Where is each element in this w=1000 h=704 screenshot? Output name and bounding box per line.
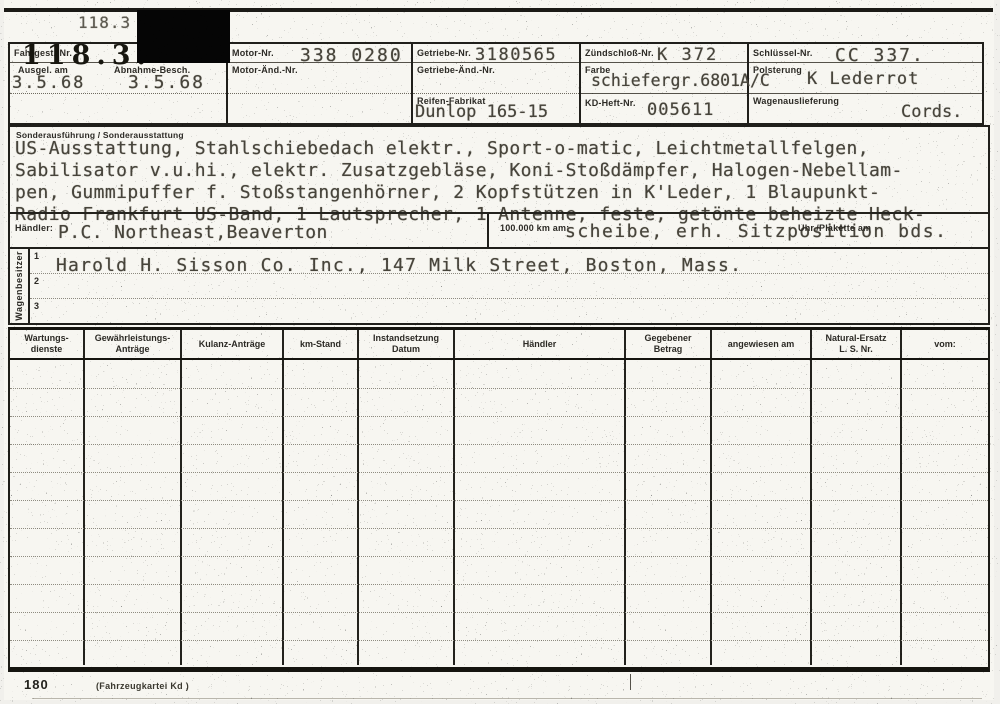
- owner-row-3-number: 3: [34, 301, 39, 311]
- table-column: [10, 360, 83, 665]
- fieldbox-motor: Motor-Nr. 338 0280 Motor-Änd.-Nr.: [226, 42, 413, 125]
- owner-row-1-value: Harold H. Sisson Co. Inc., 147 Milk Stre…: [56, 255, 742, 276]
- wagenbesitzer-box: Wagenbesitzer 1 Harold H. Sisson Co. Inc…: [8, 247, 990, 325]
- field-kd-heft-label: KD-Heft-Nr.: [585, 98, 636, 108]
- table-rule-line: [10, 416, 988, 417]
- field-schluessel: Schlüssel-Nr. CC 337.: [749, 44, 982, 63]
- field-polsterung: Polsterung K Lederrot: [749, 63, 982, 94]
- km-100000-label: 100.000 km am:: [500, 223, 569, 233]
- col-header-gegebener-betrag: Gegebener Betrag: [624, 330, 710, 358]
- col-header-natural-ersatz: Natural-Ersatz L. S. Nr.: [810, 330, 900, 358]
- table-column: [180, 360, 282, 665]
- table-rule-line: [10, 584, 988, 585]
- footer-tick-mark: [630, 674, 631, 690]
- field-ausgel-value: 3.5.68: [12, 73, 85, 93]
- table-column: [83, 360, 180, 665]
- owner-row-3: 3: [30, 299, 988, 323]
- sonder-line-2: Sabilisator v.u.hi., elektr. Zusatzgeblä…: [15, 160, 903, 181]
- owner-row-2: 2: [30, 274, 988, 299]
- field-empty-2: [228, 94, 411, 122]
- field-auslieferung-value: Cords.: [901, 102, 962, 122]
- field-getriebe-aend: Getriebe-Änd.-Nr.: [413, 63, 579, 94]
- redaction-box: [137, 10, 230, 63]
- table-rule-line: [10, 388, 988, 389]
- table-rule-line: [10, 612, 988, 613]
- col-header-gewaehrleistungs-antraege: Gewährleistungs- Anträge: [83, 330, 180, 358]
- col-header-vom: vom:: [900, 330, 988, 358]
- field-schluessel-label: Schlüssel-Nr.: [753, 48, 813, 58]
- wagenbesitzer-rows: 1 Harold H. Sisson Co. Inc., 147 Milk St…: [30, 249, 988, 323]
- field-auslieferung: Wagenauslieferung Cords.: [749, 94, 982, 122]
- field-zuendschloss: Zündschloß-Nr. K 372: [581, 44, 747, 63]
- owner-row-1-number: 1: [34, 251, 39, 261]
- table-rule-line: [10, 640, 988, 641]
- field-reifen-value: Dunlop 165-15: [415, 102, 548, 122]
- service-table-header: Wartungs- dienste Gewährleistungs- Anträ…: [10, 330, 988, 360]
- field-motor-label: Motor-Nr.: [232, 48, 274, 58]
- table-rule-line: [10, 528, 988, 529]
- table-rule-line: [10, 556, 988, 557]
- table-column: [282, 360, 357, 665]
- table-rule-line: [10, 500, 988, 501]
- fahrgest-number-stamp: 118.3.: [22, 40, 152, 71]
- field-zuendschloss-value: K 372: [657, 45, 718, 65]
- haendler-strip-divider: [487, 214, 489, 249]
- field-zuendschloss-label: Zündschloß-Nr.: [585, 48, 654, 58]
- footer-page-number: 180: [24, 677, 49, 692]
- typed-card-number: 118.3: [78, 13, 131, 32]
- table-column: [453, 360, 624, 665]
- service-table: Wartungs- dienste Gewährleistungs- Anträ…: [8, 327, 990, 672]
- owner-row-2-number: 2: [34, 276, 39, 286]
- wagenbesitzer-vertical-label: Wagenbesitzer: [14, 251, 24, 321]
- field-polsterung-value: K Lederrot: [807, 69, 919, 89]
- sonder-line-1: US-Ausstattung, Stahlschiebedach elektr.…: [15, 138, 869, 159]
- haendler-label: Händler:: [15, 223, 53, 233]
- fieldbox-zuendschloss: Zündschloß-Nr. K 372 Farbe schiefergr.68…: [579, 42, 749, 125]
- footer-bottom-rule: [32, 698, 982, 699]
- col-header-wartungsdienste: Wartungs- dienste: [10, 330, 83, 358]
- wagenbesitzer-vertical-label-cell: Wagenbesitzer: [10, 249, 30, 323]
- field-farbe: Farbe schiefergr.6801A/C: [581, 63, 747, 94]
- field-empty-1: [10, 94, 226, 122]
- col-header-kulanz-antraege: Kulanz-Anträge: [180, 330, 282, 358]
- col-header-angewiesen-am: angewiesen am: [710, 330, 810, 358]
- field-abnahme-value: 3.5.68: [128, 72, 205, 93]
- table-column: [624, 360, 710, 665]
- sonder-line-3: pen, Gummipuffer f. Stoßstangenhörner, 2…: [15, 182, 880, 203]
- table-column: [900, 360, 988, 665]
- col-header-instandsetzung-datum: Instandsetzung Datum: [357, 330, 453, 358]
- col-header-km-stand: km-Stand: [282, 330, 357, 358]
- table-column: [357, 360, 453, 665]
- scanned-vehicle-card: { "top": { "typed_number": "118.3" }, "f…: [0, 0, 1000, 704]
- table-column: [810, 360, 900, 665]
- field-auslieferung-label: Wagenauslieferung: [753, 96, 839, 106]
- field-kd-heft-value: 005611: [647, 100, 714, 120]
- field-kd-heft: KD-Heft-Nr. 005611: [581, 94, 747, 122]
- footer-caption: (Fahrzeugkartei Kd ): [96, 681, 189, 691]
- table-column: [710, 360, 810, 665]
- col-header-haendler: Händler: [453, 330, 624, 358]
- sonderausstattung-box: Sonderausführung / Sonderausstattung US-…: [8, 125, 990, 212]
- card-footer: 180 (Fahrzeugkartei Kd ): [8, 672, 990, 699]
- uhr-plakette-label: Uhr./Plakette am: [798, 223, 871, 233]
- field-getriebe: Getriebe-Nr. 3180565: [413, 44, 579, 63]
- field-motor-aend-label: Motor-Änd.-Nr.: [232, 65, 298, 75]
- field-motor-aend: Motor-Änd.-Nr.: [228, 63, 411, 94]
- owner-row-1: 1 Harold H. Sisson Co. Inc., 147 Milk St…: [30, 249, 988, 274]
- haendler-value: P.C. Northeast,Beaverton: [58, 222, 328, 243]
- sonder-continuation: scheibe, erh. Sitzposition bds.: [565, 221, 947, 242]
- table-rule-line: [10, 444, 988, 445]
- field-getriebe-value: 3180565: [475, 45, 557, 65]
- field-getriebe-label: Getriebe-Nr.: [417, 48, 471, 58]
- service-table-grid-body: [10, 360, 988, 665]
- field-getriebe-aend-label: Getriebe-Änd.-Nr.: [417, 65, 495, 75]
- field-motor: Motor-Nr. 338 0280: [228, 44, 411, 63]
- field-farbe-value: schiefergr.6801A/C: [591, 71, 770, 90]
- table-rule-line: [10, 472, 988, 473]
- fieldbox-getriebe: Getriebe-Nr. 3180565 Getriebe-Änd.-Nr. R…: [411, 42, 581, 125]
- field-reifen: Reifen-Fabrikat Dunlop 165-15: [413, 94, 579, 122]
- haendler-strip: Händler: P.C. Northeast,Beaverton 100.00…: [8, 212, 990, 247]
- fieldbox-schluessel: Schlüssel-Nr. CC 337. Polsterung K Leder…: [747, 42, 984, 125]
